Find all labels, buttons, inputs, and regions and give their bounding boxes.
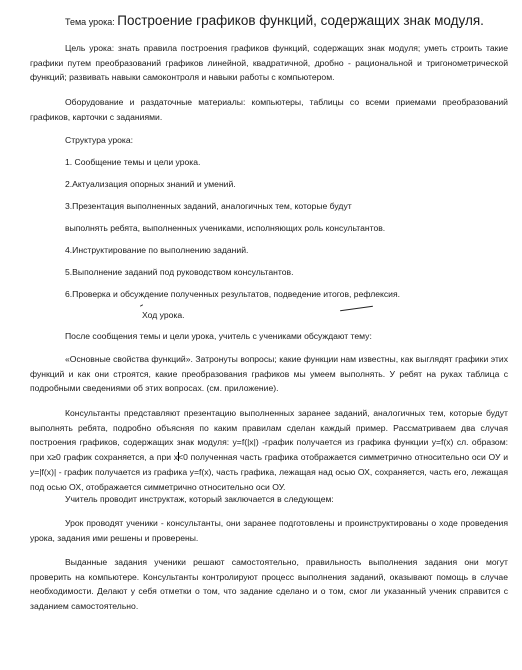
structure-item: 6.Проверка и обсуждение полученных резул… — [65, 288, 400, 300]
lesson-conducted-paragraph: Урок проводят ученики - консультанты, он… — [30, 516, 508, 545]
title-text: Построение графиков функций, содержащих … — [117, 13, 484, 28]
instruction-intro-paragraph: Учитель проводит инструктаж, который зак… — [30, 492, 508, 507]
structure-item: 4.Инструктирование по выполнению заданий… — [65, 244, 248, 256]
properties-paragraph: «Основные свойства функций». Затронуты в… — [30, 352, 508, 396]
lesson-title: Тема урока: Построение графиков функций,… — [65, 12, 484, 30]
stray-mark — [140, 304, 143, 306]
structure-heading: Структура урока: — [65, 134, 133, 146]
document-page: Тема урока: Построение графиков функций,… — [0, 0, 522, 670]
tasks-paragraph: Выданные задания ученики решают самостоя… — [30, 555, 508, 614]
equipment-paragraph: Оборудование и раздаточные материалы: ко… — [30, 95, 508, 124]
stray-line-mark — [340, 306, 373, 312]
structure-item: 3.Презентация выполненных заданий, анало… — [65, 200, 352, 212]
consultants-paragraph: Консультанты представляют презентацию вы… — [30, 406, 508, 494]
structure-item: выполнять ребята, выполненных учениками,… — [65, 222, 385, 234]
title-label: Тема урока: — [65, 17, 117, 27]
after-intro-paragraph: После сообщения темы и цели урока, учите… — [30, 329, 508, 344]
goal-paragraph: Цель урока: знать правила построения гра… — [30, 41, 508, 85]
structure-item: 5.Выполнение заданий под руководством ко… — [65, 266, 293, 278]
structure-item: 2.Актуализация опорных знаний и умений. — [65, 178, 236, 190]
lesson-flow-heading: Ход урока. — [142, 309, 185, 321]
structure-item: 1. Сообщение темы и цели урока. — [65, 156, 200, 168]
